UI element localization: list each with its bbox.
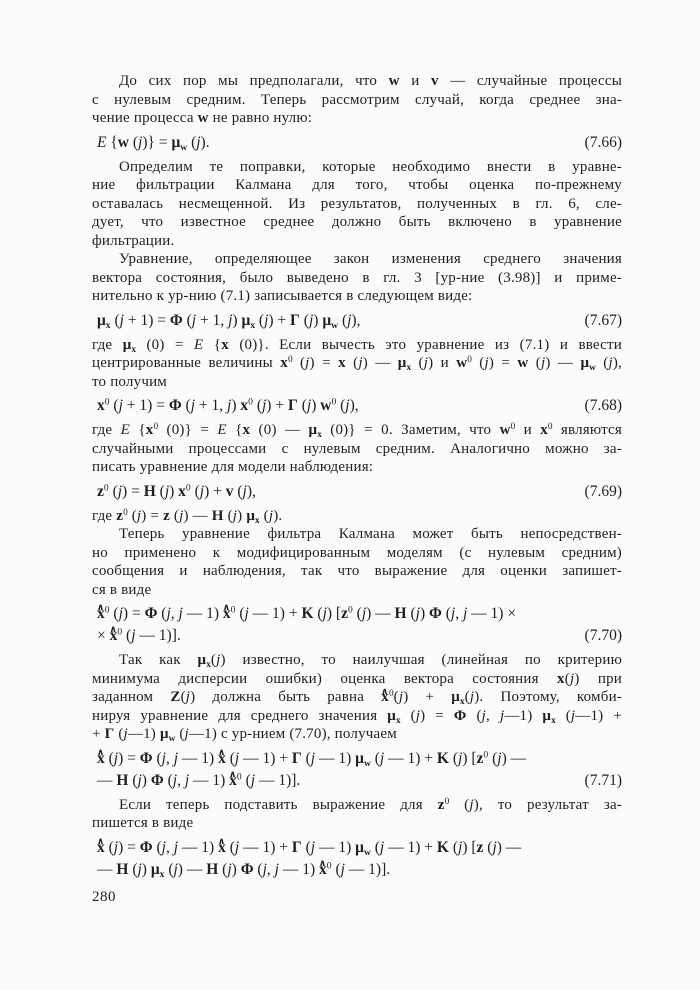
text-line: До сих пор мы предполагали, что w и v — … (92, 72, 622, 91)
text-line: заданном Z(j) должна быть равна x0(j) + … (92, 688, 622, 707)
equation-body: × x0 (j — 1)]. (97, 625, 577, 647)
text-line: где z0 (j) = z (j) — H (j) μx (j). (92, 507, 622, 526)
equation: z0 (j) = H (j) x0 (j) + v (j),(7.69) (92, 481, 622, 503)
equation-number: (7.70) (585, 625, 622, 647)
text-line: то получим (92, 373, 622, 392)
text-line: где E {x0 (0)} = E {x (0) — μx (0)} = 0.… (92, 421, 622, 440)
equation-line: × x0 (j — 1)].(7.70) (97, 625, 622, 647)
equation-body: x (j) = Φ (j, j — 1) x (j — 1) + Γ (j — … (97, 837, 622, 859)
equation-line: x0 (j + 1) = Φ (j + 1, j) x0 (j) + Γ (j)… (97, 395, 622, 417)
equation-line: E {w (j)} = μw (j).(7.66) (97, 132, 622, 154)
equation-number: (7.71) (585, 770, 622, 792)
text-line: с нулевым средним. Теперь рассмотрим слу… (92, 91, 622, 110)
equation-number: (7.68) (585, 395, 622, 417)
equation-body: x0 (j + 1) = Φ (j + 1, j) x0 (j) + Γ (j)… (97, 395, 577, 417)
text-line: вектора состояния, было выведено в гл. 3… (92, 269, 622, 288)
equation: x (j) = Φ (j, j — 1) x (j — 1) + Γ (j — … (92, 748, 622, 792)
equation-body: — H (j) μx (j) — H (j) Φ (j, j — 1) x0 (… (97, 859, 622, 881)
paragraph: Так как μx(j) известно, то наилучшая (ли… (92, 651, 622, 744)
equation-number: (7.67) (585, 310, 622, 332)
paragraph: где z0 (j) = z (j) — H (j) μx (j). (92, 507, 622, 526)
text-line: пишется в виде (92, 814, 622, 833)
equation-line: μx (j + 1) = Φ (j + 1, j) μx (j) + Γ (j)… (97, 310, 622, 332)
equation: μx (j + 1) = Φ (j + 1, j) μx (j) + Γ (j)… (92, 310, 622, 332)
equation-body: x (j) = Φ (j, j — 1) x (j — 1) + Γ (j — … (97, 748, 622, 770)
equation-body: μx (j + 1) = Φ (j + 1, j) μx (j) + Γ (j)… (97, 310, 577, 332)
paragraph: Уравнение, определяющее закон изменения … (92, 250, 622, 306)
equation: E {w (j)} = μw (j).(7.66) (92, 132, 622, 154)
equation-body: z0 (j) = H (j) x0 (j) + v (j), (97, 481, 577, 503)
text-line: минимума дисперсии ошибки) оценка вектор… (92, 670, 622, 689)
text-line: нируя уравнение для среднего значения μx… (92, 707, 622, 726)
text-line: чение процесса w не равно нулю: (92, 109, 622, 128)
text-line: центрированные величины x0 (j) = x (j) —… (92, 354, 622, 373)
paragraph: Определим те поправки, которые необходим… (92, 158, 622, 251)
paragraph: где μx (0) = E {x (0)}. Если вычесть это… (92, 336, 622, 392)
text-line: писать уравнение для модели наблюдения: (92, 458, 622, 477)
text-line: ние фильтрации Калмана для того, чтобы о… (92, 176, 622, 195)
paragraph: где E {x0 (0)} = E {x (0) — μx (0)} = 0.… (92, 421, 622, 477)
text-line: Теперь уравнение фильтра Калмана может б… (92, 525, 622, 544)
equation-body: x0 (j) = Φ (j, j — 1) x0 (j — 1) + K (j)… (97, 603, 622, 625)
equation: x (j) = Φ (j, j — 1) x (j — 1) + Γ (j — … (92, 837, 622, 881)
text-column: До сих пор мы предполагали, что w и v — … (92, 72, 622, 906)
equation-line: — H (j) Φ (j, j — 1) x0 (j — 1)].(7.71) (97, 770, 622, 792)
text-line: Определим те поправки, которые необходим… (92, 158, 622, 177)
equation: x0 (j + 1) = Φ (j + 1, j) x0 (j) + Γ (j)… (92, 395, 622, 417)
text-blocks: До сих пор мы предполагали, что w и v — … (92, 72, 622, 881)
text-line: где μx (0) = E {x (0)}. Если вычесть это… (92, 336, 622, 355)
text-line: ся в виде (92, 581, 622, 600)
page-number: 280 (92, 889, 622, 906)
text-line: оставалась несмещенной. Из результатов, … (92, 195, 622, 214)
paragraph: До сих пор мы предполагали, что w и v — … (92, 72, 622, 128)
paragraph: Теперь уравнение фильтра Калмана может б… (92, 525, 622, 599)
equation-line: z0 (j) = H (j) x0 (j) + v (j),(7.69) (97, 481, 622, 503)
equation-body: — H (j) Φ (j, j — 1) x0 (j — 1)]. (97, 770, 577, 792)
text-line: случайными процессами с нулевым средним.… (92, 440, 622, 459)
equation-line: x0 (j) = Φ (j, j — 1) x0 (j — 1) + K (j)… (97, 603, 622, 625)
text-line: сообщения и наблюдения, так что выражени… (92, 562, 622, 581)
text-line: Так как μx(j) известно, то наилучшая (ли… (92, 651, 622, 670)
equation-line: x (j) = Φ (j, j — 1) x (j — 1) + Γ (j — … (97, 748, 622, 770)
equation-number: (7.66) (585, 132, 622, 154)
paragraph: Если теперь подставить выражение для z0 … (92, 796, 622, 833)
equation-line: — H (j) μx (j) — H (j) Φ (j, j — 1) x0 (… (97, 859, 622, 881)
text-line: Уравнение, определяющее закон изменения … (92, 250, 622, 269)
equation-number: (7.69) (585, 481, 622, 503)
equation: x0 (j) = Φ (j, j — 1) x0 (j — 1) + K (j)… (92, 603, 622, 647)
text-line: нительно к ур-нию (7.1) записывается в с… (92, 287, 622, 306)
equation-body: E {w (j)} = μw (j). (97, 132, 577, 154)
text-line: + Γ (j—1) μw (j—1) с ур-нием (7.70), пол… (92, 725, 622, 744)
text-line: но применено к модифицированным моделям … (92, 544, 622, 563)
text-line: дует, что известное среднее должно быть … (92, 213, 622, 232)
equation-line: x (j) = Φ (j, j — 1) x (j — 1) + Γ (j — … (97, 837, 622, 859)
text-line: фильтрации. (92, 232, 622, 251)
book-page: До сих пор мы предполагали, что w и v — … (0, 0, 700, 990)
text-line: Если теперь подставить выражение для z0 … (92, 796, 622, 815)
